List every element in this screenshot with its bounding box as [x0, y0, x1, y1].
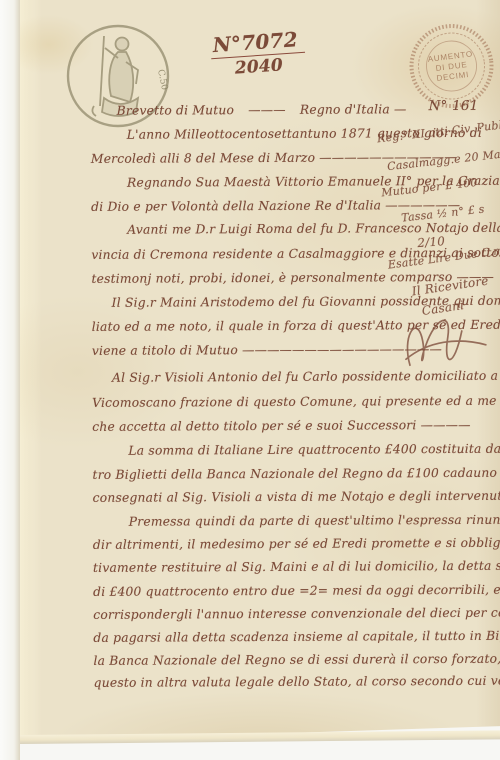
manuscript-line: la Banca Nazionale del Regno se di essi …	[93, 652, 500, 668]
document-scan: C.50 AUMENTO DI DUE DECIMI N°7072 2040 B…	[0, 0, 500, 760]
deed-title: Brevetto di Mutuo ——— Regno d'Italia —	[117, 103, 407, 118]
realm-title: Regno d'Italia —	[300, 102, 407, 117]
manuscript-paper: C.50 AUMENTO DI DUE DECIMI N°7072 2040 B…	[20, 0, 500, 744]
margin-note-fraction: 2/10	[417, 234, 446, 250]
manuscript-line: consegnati al Sig. Visioli a vista di me…	[93, 489, 500, 505]
manuscript-line: viene a titolo di Mutuo ————————————————	[92, 343, 442, 358]
manuscript-line: questo in altra valuta legale dello Stat…	[94, 674, 500, 690]
manuscript-line: di £400 quattrocento entro due =2= mesi …	[93, 583, 500, 599]
manuscript-line: Vicomoscano frazione di questo Comune, q…	[92, 395, 500, 411]
manuscript-line: dir altrimenti, il medesimo per sé ed Er…	[93, 536, 500, 552]
deed-title-text: Brevetto di Mutuo	[117, 103, 235, 118]
manuscript-line: corrispondergli l'annuo interesse conven…	[93, 606, 500, 622]
margin-note-registry: Reg.° XI atti Civ. Pubb.	[376, 118, 500, 146]
manuscript-line: La somma di Italiane Lire quattrocento £…	[128, 443, 500, 459]
deed-number: N° 161	[429, 99, 479, 114]
manuscript-line: tro Biglietti della Banca Nazionale del …	[93, 466, 500, 482]
scanner-background-strip	[0, 0, 20, 760]
manuscript-line: che accetta al detto titolo per sé e suo…	[92, 419, 470, 434]
title-dash: ———	[238, 103, 296, 117]
manuscript-text-layer: Brevetto di Mutuo ——— Regno d'Italia — N…	[18, 0, 500, 745]
manuscript-line: da pagarsi alla detta scadenza insieme a…	[93, 629, 500, 645]
notary-flourish-signature	[398, 311, 498, 380]
manuscript-line: Premessa quindi da parte di quest'ultimo…	[129, 513, 500, 529]
manuscript-line: tivamente restituire al Sig. Maini e al …	[93, 560, 500, 576]
